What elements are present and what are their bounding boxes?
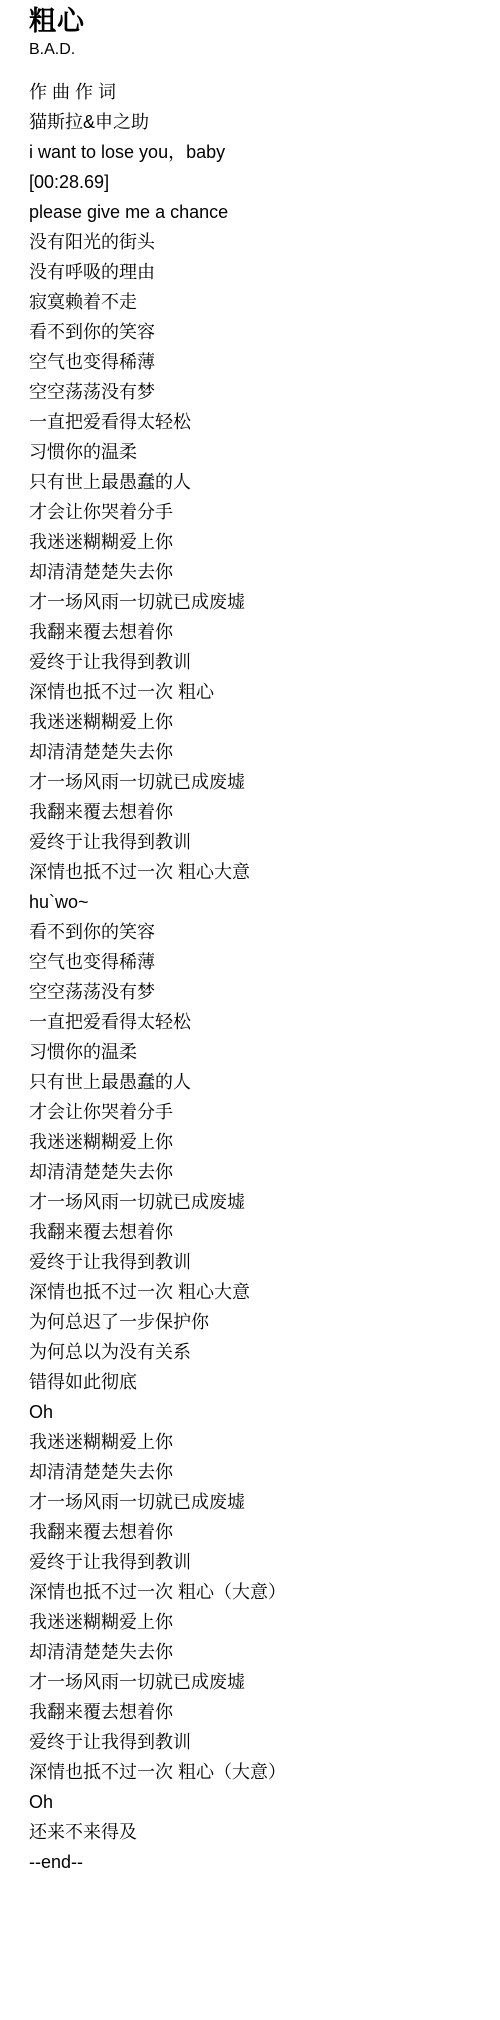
lyric-line: 深情也抵不过一次 粗心大意 (29, 857, 490, 887)
lyric-line: 才一场风雨一切就已成废墟 (29, 587, 490, 617)
song-title: 粗心 (29, 0, 490, 38)
artist-name: B.A.D. (29, 38, 490, 62)
lyric-line: 才一场风雨一切就已成废墟 (29, 1487, 490, 1517)
lyric-line: please give me a chance (29, 197, 490, 227)
lyric-line: 只有世上最愚蠢的人 (29, 1067, 490, 1097)
lyric-line: 为何总迟了一步保护你 (29, 1307, 490, 1337)
lyric-line: 寂寞赖着不走 (29, 287, 490, 317)
lyric-line: 却清清楚楚失去你 (29, 1157, 490, 1187)
lyric-line: 却清清楚楚失去你 (29, 1637, 490, 1667)
lyric-line: 我翻来覆去想着你 (29, 1697, 490, 1727)
lyric-line: 才会让你哭着分手 (29, 497, 490, 527)
lyric-line: 爱终于让我得到教训 (29, 1547, 490, 1577)
lyric-line: 猫斯拉&申之助 (29, 107, 490, 137)
lyrics-page: 粗心 B.A.D. 作 曲 作 词猫斯拉&申之助i want to lose y… (0, 0, 500, 1877)
lyric-line: 空空荡荡没有梦 (29, 377, 490, 407)
lyric-line: 一直把爱看得太轻松 (29, 407, 490, 437)
lyric-line: 爱终于让我得到教训 (29, 1727, 490, 1757)
lyric-line: i want to lose you，baby (29, 137, 490, 167)
lyric-line: 我翻来覆去想着你 (29, 797, 490, 827)
lyric-line: 只有世上最愚蠢的人 (29, 467, 490, 497)
lyric-line: 却清清楚楚失去你 (29, 1457, 490, 1487)
lyric-line: 深情也抵不过一次 粗心（大意） (29, 1577, 490, 1607)
lyric-line: 深情也抵不过一次 粗心大意 (29, 1277, 490, 1307)
lyric-line: --end-- (29, 1847, 490, 1877)
lyric-line: 空空荡荡没有梦 (29, 977, 490, 1007)
lyric-line: Oh (29, 1397, 490, 1427)
lyric-line: Oh (29, 1787, 490, 1817)
lyric-line: 习惯你的温柔 (29, 437, 490, 467)
lyric-line: 还来不来得及 (29, 1817, 490, 1847)
lyric-line: 深情也抵不过一次 粗心（大意） (29, 1757, 490, 1787)
lyric-line: 我迷迷糊糊爱上你 (29, 527, 490, 557)
lyric-line: [00:28.69] (29, 167, 490, 197)
lyric-line: 才一场风雨一切就已成废墟 (29, 767, 490, 797)
lyric-line: 空气也变得稀薄 (29, 347, 490, 377)
lyric-line: 我翻来覆去想着你 (29, 1517, 490, 1547)
lyric-line: 一直把爱看得太轻松 (29, 1007, 490, 1037)
lyric-line: 没有阳光的街头 (29, 227, 490, 257)
lyric-line: 空气也变得稀薄 (29, 947, 490, 977)
lyric-line: 我迷迷糊糊爱上你 (29, 1127, 490, 1157)
lyric-line: 我迷迷糊糊爱上你 (29, 1607, 490, 1637)
lyric-line: 我迷迷糊糊爱上你 (29, 1427, 490, 1457)
lyric-line: 看不到你的笑容 (29, 317, 490, 347)
lyric-line: 才会让你哭着分手 (29, 1097, 490, 1127)
lyrics-list: 作 曲 作 词猫斯拉&申之助i want to lose you，baby[00… (29, 77, 490, 1877)
lyric-line: 我翻来覆去想着你 (29, 617, 490, 647)
lyric-line: 为何总以为没有关系 (29, 1337, 490, 1367)
lyric-line: 才一场风雨一切就已成废墟 (29, 1187, 490, 1217)
lyric-line: 看不到你的笑容 (29, 917, 490, 947)
lyric-line: 错得如此彻底 (29, 1367, 490, 1397)
lyric-line: 作 曲 作 词 (29, 77, 490, 107)
lyric-line: 却清清楚楚失去你 (29, 737, 490, 767)
lyric-line: 我迷迷糊糊爱上你 (29, 707, 490, 737)
lyric-line: 习惯你的温柔 (29, 1037, 490, 1067)
lyric-line: 却清清楚楚失去你 (29, 557, 490, 587)
lyric-line: 深情也抵不过一次 粗心 (29, 677, 490, 707)
lyric-line: 才一场风雨一切就已成废墟 (29, 1667, 490, 1697)
lyric-line: hu`wo~ (29, 887, 490, 917)
lyric-line: 爱终于让我得到教训 (29, 827, 490, 857)
lyric-line: 没有呼吸的理由 (29, 257, 490, 287)
lyric-line: 爱终于让我得到教训 (29, 1247, 490, 1277)
lyric-line: 我翻来覆去想着你 (29, 1217, 490, 1247)
lyric-line: 爱终于让我得到教训 (29, 647, 490, 677)
